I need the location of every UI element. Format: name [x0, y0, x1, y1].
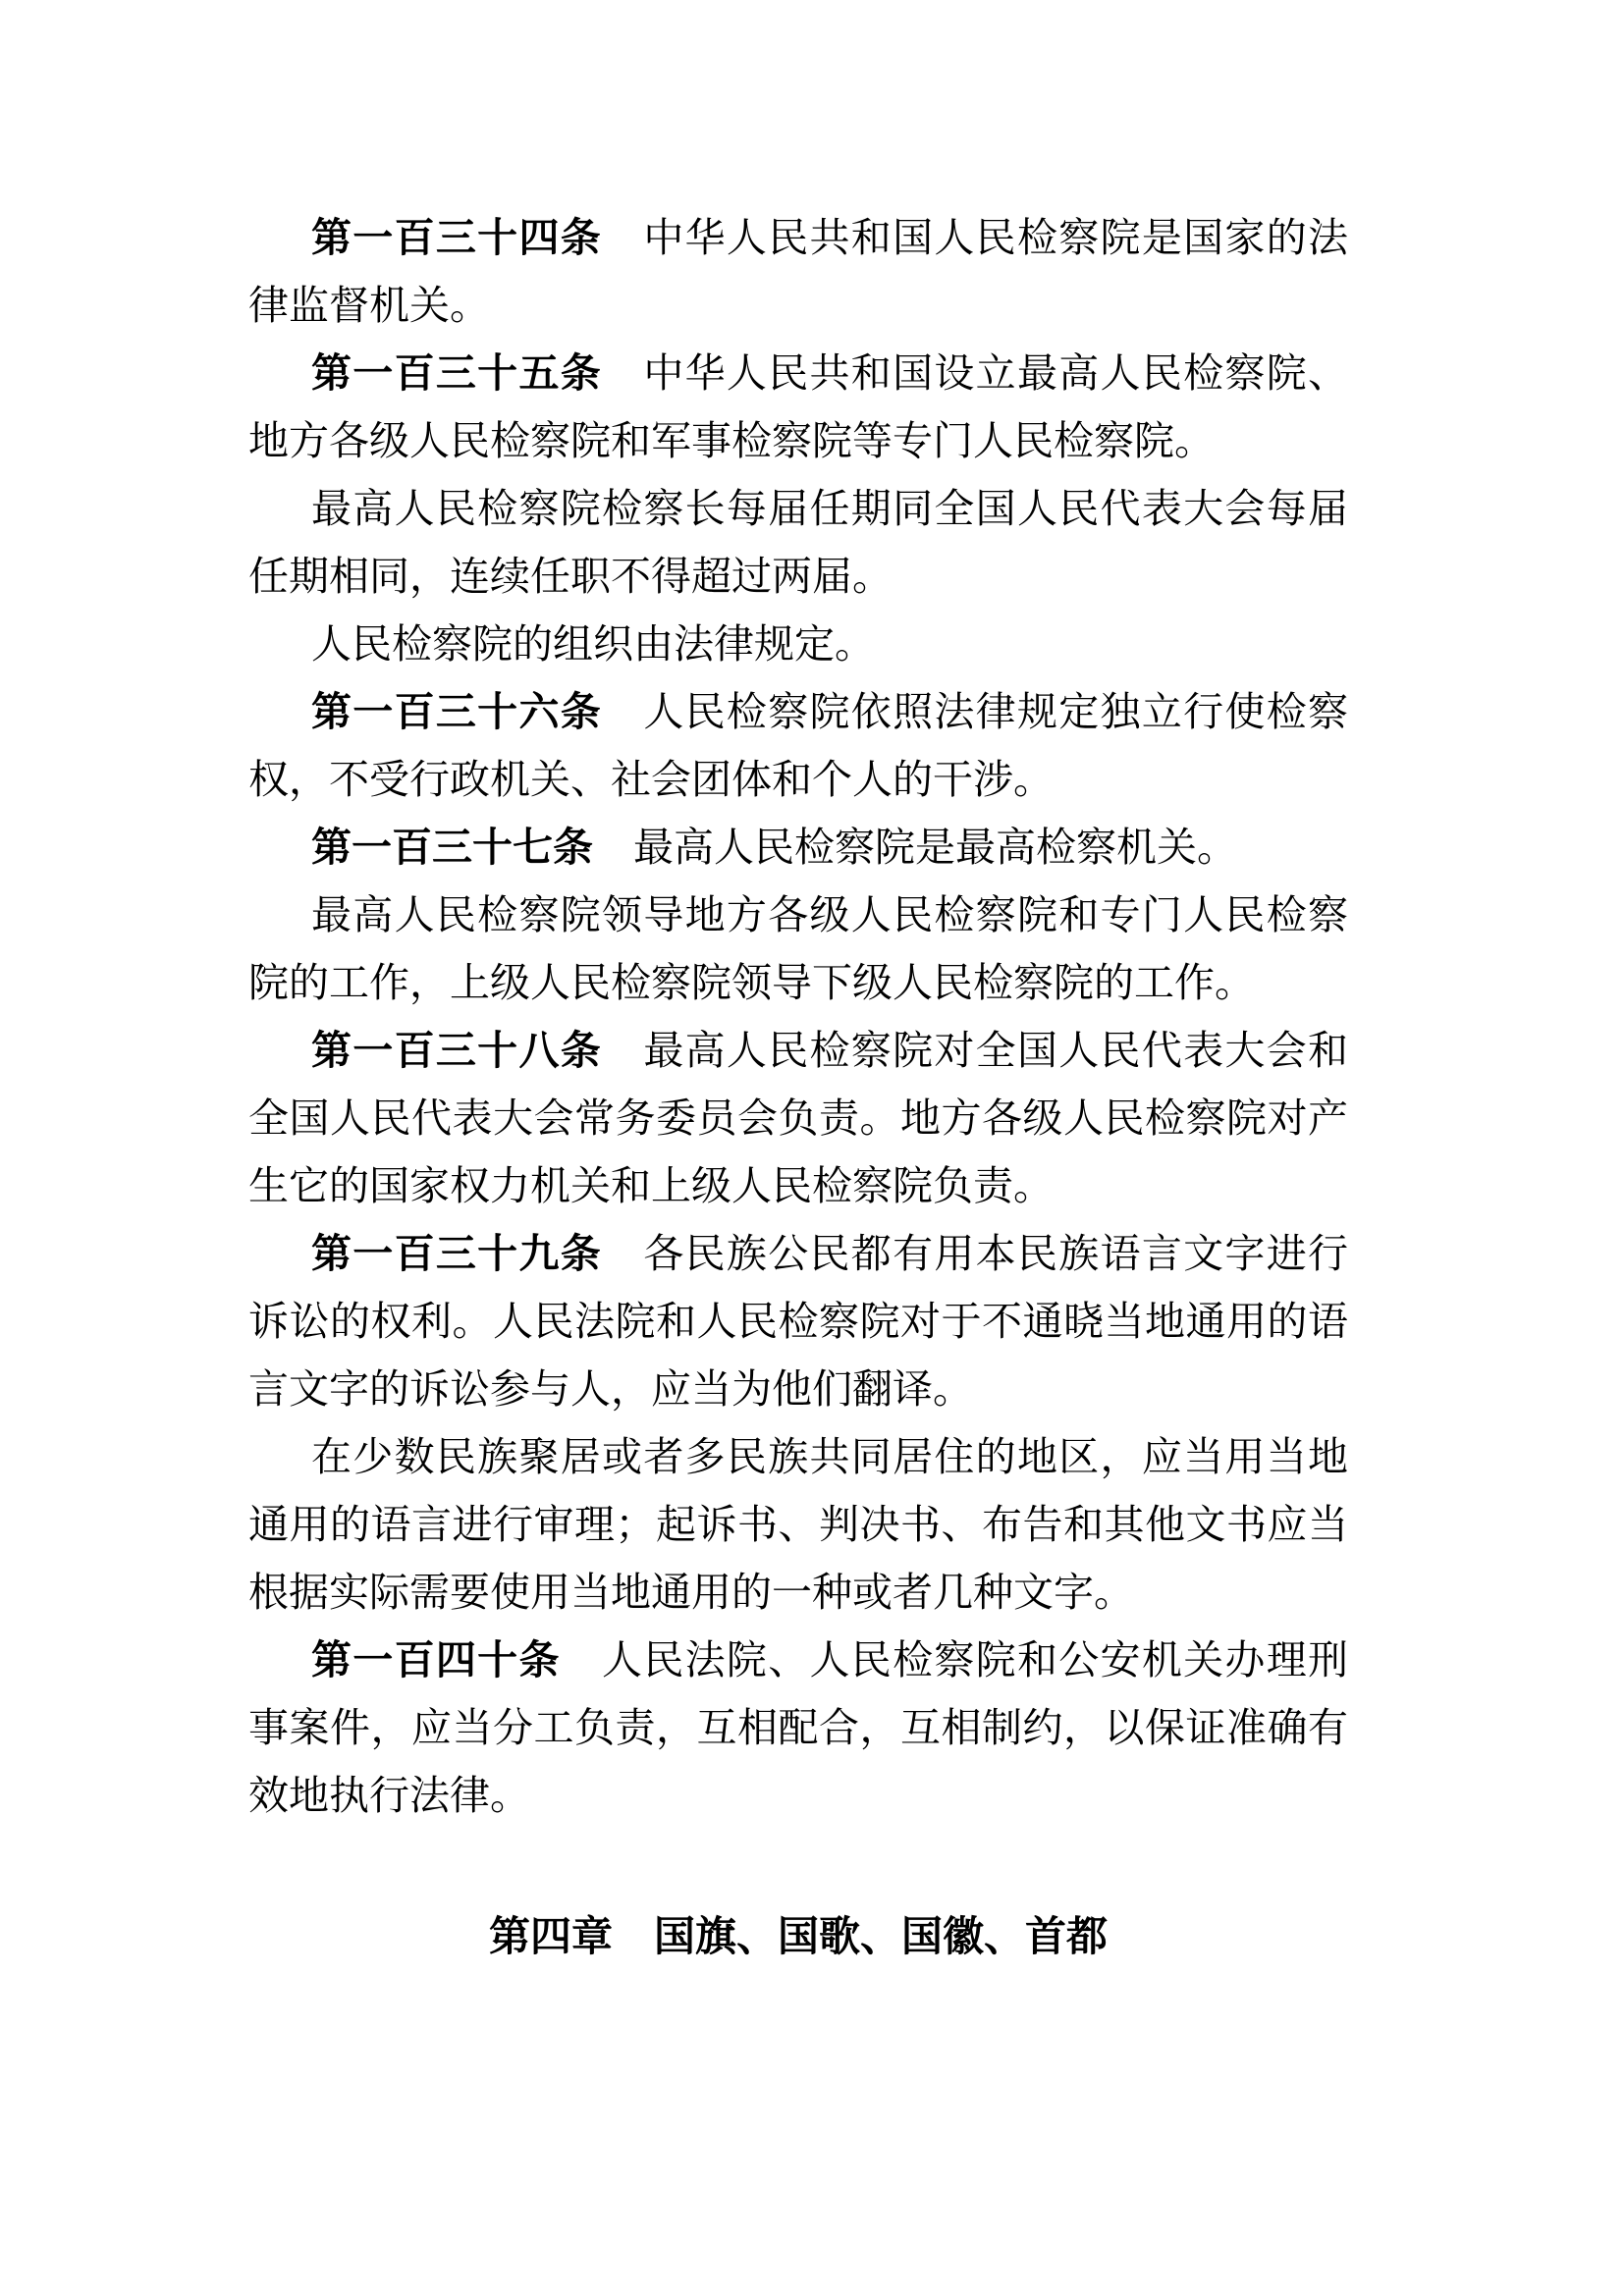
article-paragraph: 最高人民检察院领导地方各级人民检察院和专门人民检察院的工作，上级人民检察院领导下… [248, 881, 1348, 1017]
article-number-separator [593, 825, 633, 870]
article-paragraph: 第一百三十四条 中华人民共和国人民检察院是国家的法律监督机关。 [248, 204, 1348, 340]
article-number-separator [602, 1028, 643, 1073]
article-paragraph: 第一百三十六条 人民检察院依照法律规定独立行使检察权，不受行政机关、社会团体和个… [248, 678, 1348, 814]
chapter-heading: 第四章 国旗、国歌、国徽、首都 [248, 1904, 1348, 1972]
document-page: 第一百三十四条 中华人民共和国人民检察院是国家的法律监督机关。 第一百三十五条 … [0, 0, 1624, 2296]
article-paragraph: 最高人民检察院检察长每届任期同全国人民代表大会每届任期相同，连续任职不得超过两届… [248, 475, 1348, 611]
article-number-separator [561, 1637, 602, 1682]
article-number: 第一百三十四条 [311, 215, 602, 260]
paragraph-text: 最高人民检察院领导地方各级人民检察院和专门人民检察院的工作，上级人民检察院领导下… [248, 892, 1348, 1005]
paragraph-text: 最高人民检察院检察长每届任期同全国人民代表大会每届任期相同，连续任职不得超过两届… [248, 486, 1348, 599]
article-number: 第一百三十六条 [311, 689, 602, 734]
article-number-separator [602, 215, 643, 260]
article-number-separator [602, 689, 643, 734]
article-number-separator [602, 350, 643, 396]
article-paragraph: 第一百三十七条 最高人民检察院是最高检察机关。 [248, 814, 1348, 881]
article-number: 第一百三十五条 [311, 350, 602, 396]
article-paragraph: 人民检察院的组织由法律规定。 [248, 611, 1348, 678]
article-number-separator [602, 1231, 643, 1276]
article-paragraph: 在少数民族聚居或者多民族共同居住的地区，应当用当地通用的语言进行审理；起诉书、判… [248, 1423, 1348, 1627]
article-paragraph: 第一百三十八条 最高人民检察院对全国人民代表大会和全国人民代表大会常务委员会负责… [248, 1017, 1348, 1220]
article-paragraph: 第一百四十条 人民法院、人民检察院和公安机关办理刑事案件，应当分工负责，互相配合… [248, 1627, 1348, 1830]
article-paragraph: 第一百三十五条 中华人民共和国设立最高人民检察院、地方各级人民检察院和军事检察院… [248, 340, 1348, 475]
article-number: 第一百三十七条 [311, 825, 593, 870]
paragraph-text: 人民检察院的组织由法律规定。 [311, 621, 875, 667]
article-paragraph: 第一百三十九条 各民族公民都有用本民族语言文字进行诉讼的权利。人民法院和人民检察… [248, 1220, 1348, 1423]
paragraph-text: 在少数民族聚居或者多民族共同居住的地区，应当用当地通用的语言进行审理；起诉书、判… [248, 1434, 1348, 1615]
article-number: 第一百四十条 [311, 1637, 561, 1682]
article-text-block: 第一百三十四条 中华人民共和国人民检察院是国家的法律监督机关。 第一百三十五条 … [248, 204, 1348, 1830]
article-number: 第一百三十九条 [311, 1231, 602, 1276]
paragraph-text: 最高人民检察院是最高检察机关。 [633, 825, 1237, 870]
article-number: 第一百三十八条 [311, 1028, 602, 1073]
